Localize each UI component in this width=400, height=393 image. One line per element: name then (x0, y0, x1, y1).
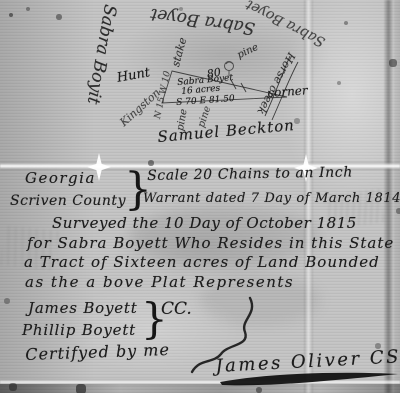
state-label: Georgia (25, 171, 96, 186)
surveyed-line: Surveyed the 10 Day of October 1815 (52, 216, 357, 231)
cc-abbreviation: CC. (161, 301, 192, 318)
county-label: Scriven County (10, 194, 126, 208)
warrant-line: Warrant dated 7 Day of March 1814 (143, 192, 400, 205)
tract-line: a Tract of Sixteen acres of Land Bounded (24, 255, 380, 270)
document-scan: Sabra Boyet Sabra Boyet Sabra Boyit stak… (0, 0, 400, 393)
plat-reference-line: as the a bove Plat Represents (25, 275, 294, 290)
for-whom-line: for Sabra Boyett Who Resides in this Sta… (27, 236, 394, 251)
scale-note: Scale 20 Chains to an Inch (147, 165, 353, 183)
chain-carrier-phillip-boyett: Phillip Boyett (22, 323, 136, 338)
chain-carrier-james-boyett: James Boyett (28, 301, 138, 316)
